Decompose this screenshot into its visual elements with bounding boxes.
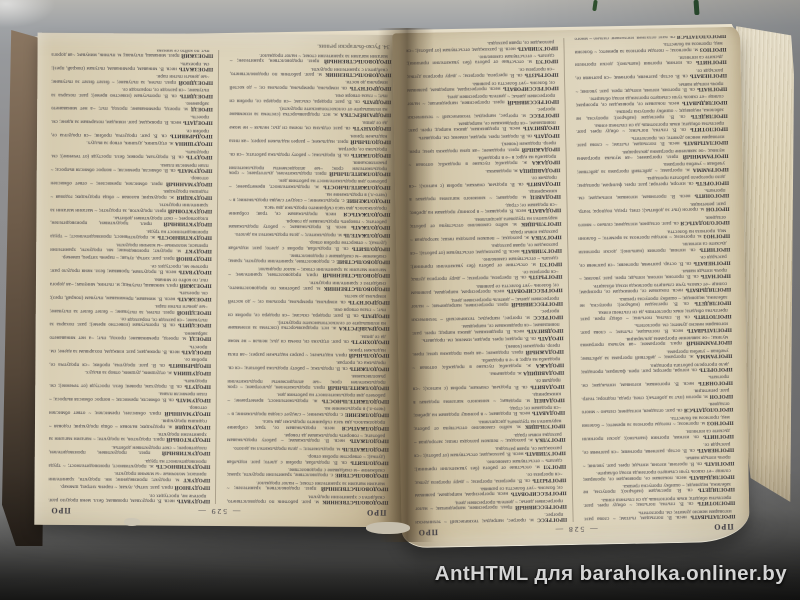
dictionary-headword: ПРОДОЛЖАТЕЛЬ (340, 446, 389, 452)
dictionary-headword: ПРОДРОГНУТЬ (347, 85, 391, 91)
dictionary-headword: ПРОЕДАТЬ (180, 349, 212, 355)
dictionary-headword: ПРОДУКТИВНОСТЬ (153, 464, 210, 470)
dictionary-headword: ПРОДОЛЖАТЕЛЬ (342, 232, 391, 238)
dictionary-entry: ПРОГУЛ м. отсъствие от работа (без уважи… (414, 458, 566, 472)
dictionary-entry: ПРОГРЕСС м. прогрес, напредък; техническ… (411, 308, 563, 322)
dictionary-entry: ПРОДУТЬ св. В. продухам, провея; безл. п… (51, 148, 213, 160)
dictionary-entry: ПРОГРЕССИВНЫЙ прил. прогресивен, напредн… (415, 498, 567, 512)
dictionary-entry: ПРОДОЛЖИТЬ св. В. продължа; ~ работу про… (229, 146, 391, 158)
dictionary-headword: ПРОГУЛЬЩИК (517, 221, 562, 228)
dictionary-entry: ПРОДУТЬ св. В. продухам, провея; безл. п… (49, 377, 211, 389)
text-column: ПРОГЛАТЫВАТЬ несв. В. поглъщам, гълтам; … (574, 35, 735, 522)
dictionary-entry: ПРОЕЗЖАТЬ несв. В. минавам, преминавам, … (51, 60, 213, 72)
dictionary-entry: ПРОДОЛЖАТЬСЯ несв. продължавам се, трая;… (227, 418, 389, 430)
dictionary-entry: ПРОДОВОЛЬСТВЕННЫЙ прил. продоволствен, х… (228, 266, 390, 278)
dictionary-headword: ПРОЕЗЖИЙ (178, 282, 212, 288)
dictionary-headword: ПРОДУТЬ (184, 154, 213, 160)
dictionary-entry: ПРОГНОЗ м. прогноза; ~ погоды прогноза з… (578, 227, 730, 241)
dictionary-headword: ПРОДАВЩИЦА (522, 370, 565, 377)
dictionary-headword: ПРОГЛОТИТЬ (693, 500, 735, 507)
dictionary-entry: ПРОДОЛЖИТЕЛЬНОСТЬ ж. продължителност, вр… (229, 178, 391, 190)
page-text-block: ПРОДОВОЛЬСТВЕННИК м. разг. работник по п… (48, 49, 391, 505)
dictionary-headword: ПРОДУВАТЬ (175, 498, 210, 504)
dictionary-headword: ПРОЕЗДНОЙ (176, 80, 213, 86)
dictionary-headword: ПРОДАВЩИЦА (518, 167, 561, 174)
dictionary-headword: ПРОДАВИТЬ (523, 181, 560, 188)
wall-mark (693, 0, 699, 15)
dictionary-headword: ПРОГУЛЬЩИК (521, 423, 566, 430)
dictionary-headword: ПРОДРАЗВЁРСТКА (338, 112, 391, 118)
dictionary-entry: ПРОДОЛЖЕНИЕ с. продължение; ~ следует сл… (229, 191, 391, 203)
dictionary-entry: ПРОГНАТЬ св. В. прогоня, изгоня, изпъдя;… (579, 267, 731, 281)
dictionary-entry: ПРОДАТЬ св. В. продам; прен. предам, изм… (412, 335, 564, 343)
dictionary-headword: ПРОГОНЯТЬ (694, 380, 733, 387)
dictionary-entry: ПРОДАВАТЬ несв. В. продавам; ~ в розницу… (409, 202, 561, 216)
dictionary-headword: ПРОГУЛИВАТЬ (516, 45, 559, 52)
dictionary-headword: ПРОДОЛЬНЫЙ (348, 139, 391, 145)
dictionary-entry: ПРОГУЛЬЩИК м. който самоволно отсъствува… (409, 215, 561, 229)
text-columns: ПРОГЛАТЫВАТЬ несв. В. поглъщам, гълтам; … (406, 35, 735, 525)
dictionary-headword: ПРОГУЛИВАТЬ (519, 247, 562, 254)
dictionary-headword: ПРОДОЛЖАТЬСЯ (336, 211, 390, 217)
dictionary-headword: ПРОГРЫЗТЬ (522, 72, 558, 79)
dictionary-entry: ПРОГРАММНЫЙ прил. програмен; ~ая музыка … (580, 334, 732, 348)
dictionary-headword: ПРОДОЛЖИТЬ (349, 152, 391, 158)
torn-paper-chip (124, 518, 140, 526)
book-page-right: ПРО — 528 — ПРО ПРОГЛАТЫВАТЬ несв. В. по… (392, 27, 750, 549)
dictionary-entry: ПРОДУМАТЬ св. В. обмисля, премисля; ~ во… (49, 390, 211, 402)
dictionary-entry: ПРОДУМАННЫЙ прил. обмислен, премислен; ~… (49, 404, 211, 416)
dictionary-entry: ПРОГУЛ м. отсъствие от работа (без уважи… (410, 255, 562, 269)
dictionary-headword: ПРОДВИГАТЬ (520, 125, 560, 132)
page-text-block: ПРОГЛАТЫВАТЬ несв. В. поглъщам, гълтам; … (406, 35, 735, 525)
dictionary-entry: ПРОДОЛЖАТЬ несв. В. продължавам; ~ работ… (227, 432, 389, 444)
dictionary-headword: ПРОГОН (708, 393, 733, 399)
dictionary-headword: ПРОДЫРЯВИТЬ (165, 363, 211, 369)
dictionary-headword: ПРОДОВОЛЬСТВЕННИК (319, 499, 389, 505)
dictionary-entry: ПРОГЛАТЫВАТЬ несв. В. поглъщам, гълтам; … (576, 134, 728, 148)
dictionary-headword: ПРОГОЛОДАТЬСЯ (675, 35, 726, 40)
dictionary-entry: ПРОДОВОЛЬСТВИЕ с. продоволствие, храните… (228, 252, 390, 264)
dictionary-headword: ПРОДУМАННЫЙ (163, 181, 213, 187)
dictionary-headword: ПРОГНИТЬ (692, 60, 727, 67)
dictionary-entry: ПРОДОЛЖАТЕЛЬ м. продължител; ~ дела прод… (228, 231, 390, 238)
dictionary-headword: ПРОГНАТЬ (695, 86, 727, 93)
dictionary-headword: ПРОДУКЦИЯ (172, 424, 210, 430)
dictionary-headword: ПРОДОВОЛЬСТВИЕ (333, 473, 389, 479)
dictionary-entry: ПРОЕЗЖИЙ прил. минаващ, пътуващ; м. пътн… (50, 276, 212, 288)
dictionary-headword: ПРОГЛЯДЕТЬ (689, 300, 732, 307)
dictionary-headword: ПРОДРАТЬ (359, 313, 390, 319)
dictionary-entry: ПРОДУВАТЬ несв. В. продухвам, провявам; … (48, 492, 210, 504)
dictionary-entry: ПРОДАВЕЦ м. продавач; ~ книжного магазин… (409, 188, 561, 202)
dictionary-headword: ПРОГЛАТЫВАТЬ (683, 327, 732, 334)
dictionary-headword: ПРОДУКТ (179, 477, 210, 483)
dictionary-headword: ПРОГНОЗ (698, 46, 727, 53)
text-column: ПРОДУВАТЬ несв. В. продухвам, провявам; … (48, 49, 219, 504)
dictionary-entry: ПРОДВИГАТЬ несв. В. придвижвам, движа на… (412, 322, 564, 336)
dictionary-entry: ПРОЕЗЖАТЬ несв. В. минавам, преминавам, … (50, 289, 212, 301)
dictionary-headword: ПРОГЛОТИТЬ (686, 126, 728, 133)
book-page-left: ПРО — 529 — ПРО ПРОДОВОЛЬСТВЕННИК м. раз… (34, 33, 405, 528)
dictionary-entry: ПРОДАТЬ св. В. продам; прен. предам, изм… (408, 133, 560, 141)
dictionary-entry: ПРОДОЛБИТЬ св. В. продълбая, пробия с дл… (228, 239, 390, 251)
dictionary-entry: ПРОЕЗДНОЙ прил. пътен, за пътуване; ~ би… (50, 302, 212, 314)
dictionary-headword: ПРОГЛЯДЕТЬ (692, 487, 735, 494)
dictionary-headword: ПРОДОХНУТЬ (349, 339, 390, 345)
dictionary-entry: ПРОГЛЯДЕТЬ св. В. прегледам (набързо); п… (576, 107, 728, 121)
dictionary-headword: ПРОЕДАТЬ (181, 120, 213, 126)
dictionary-headword: ПРОГОЛОДАТЬСЯ (679, 220, 730, 227)
dictionary-headword: ПРОГЛАТЫВАТЬ (679, 140, 728, 147)
dictionary-entry: ПРОЕЗД м. проезд, преминаване; проход, п… (49, 329, 211, 341)
dictionary-entry: ПРОДОХНУТЬ св. разг. отдъхна си, поема с… (229, 119, 391, 131)
dictionary-headword: ПРОГОНЯТЬ (690, 193, 729, 200)
dictionary-entry: ПРОДУКТОВЫЙ прил. продуктов, за продукти… (50, 201, 212, 213)
dictionary-headword: ПРОДУТЬ (182, 384, 211, 390)
dictionary-headword: ПРОГОРЕТЬ (697, 367, 733, 374)
dictionary-entry: ПРОДУКТИВНОСТЬ ж. продуктивност, произво… (50, 228, 212, 240)
dictionary-headword: ПРОДОЛЖИТЕЛЬНОСТЬ (317, 398, 389, 405)
dictionary-headword: ПРОДОЛБИТЬ (348, 246, 390, 252)
dictionary-entry: ПРОГРАММНЫЙ прил. програмен; ~ая музыка … (577, 147, 729, 161)
dictionary-headword: ПРОЕЗДНОЙ (174, 309, 211, 315)
dictionary-entry: ПРОДУВНОЙ прил. разг. хитър, лукав; ~ па… (50, 255, 212, 262)
dictionary-headword: ПРОГУЛ (540, 463, 566, 470)
dictionary-headword: ПРОДОЛЖАТЬ (345, 438, 389, 444)
dictionary-entry: ПРОЕЗДИТЬ св. В. пропътувам (известно вр… (49, 316, 211, 328)
dictionary-entry: ПРОГУЛКА ж. разходка; ~ пешком разходка … (414, 431, 566, 445)
dictionary-entry: ПРОГУЛ м. отсъствие от работа (без уважи… (406, 52, 558, 66)
dictionary-headword: ПРОГРЕСС (526, 112, 560, 119)
dictionary-entry: ПРОГУЛИВАТЬ несв. В. разхождам; отсъству… (406, 39, 558, 53)
dictionary-entry: ПРОДОВОЛЬСТВЕННЫЙ прил. продоволствен, х… (230, 52, 392, 64)
dictionary-entry: ПРОГОНЯТЬ несв. В. прогонвам, изгонвам, … (581, 374, 733, 388)
dictionary-entry: ПРОДУКТИВНЫЙ прил. продуктивен, производ… (50, 214, 212, 226)
dictionary-headword: ПРОЕЗЖАТЬ (177, 66, 213, 72)
dictionary-headword: ПРОДАЖА (531, 362, 564, 369)
dictionary-entry: ПРОДАВЩИЦА ж. продавачка. (409, 167, 561, 175)
dictionary-headword: ПРОДУМАТЬ (176, 168, 213, 174)
dictionary-entry: ПРОДУМАТЬ св. В. обмисля, премисля; ~ во… (51, 161, 213, 173)
torn-paper-chip (366, 522, 410, 534)
dictionary-headword: ПРОДРОГНУТЬ (346, 299, 390, 305)
dictionary-headword: ПРОДАВЕЦ (530, 397, 565, 404)
dictionary-headword: ПРОГУЛКА (529, 234, 562, 241)
dictionary-headword: ПРОГЛЯДЕТЬ (685, 113, 728, 120)
dictionary-entry: ПРОГРЕССИВНЫЙ прил. прогресивен, напредн… (407, 92, 559, 106)
dictionary-headword: ПРОДОЛЖАТЬСЯ (335, 425, 389, 431)
dictionary-headword: ПРОДОХНУТЬ (350, 126, 391, 132)
dictionary-entry: ПРОГНЕВАТЬ св. В. остар. разгневя, прогн… (582, 441, 734, 455)
running-head: ПРО (713, 522, 733, 531)
dictionary-headword: ПРОДУВНОЙ (175, 256, 212, 262)
dictionary-headword: ПРОДАЖНЫЙ (523, 349, 564, 356)
text-column: ПРОГРЕСС м. прогрес, напредък; техническ… (406, 38, 573, 525)
dictionary-headword: ПРОДАЖНЫЙ (519, 146, 560, 153)
dictionary-entry: ПРОГРЕССИРОВАТЬ несв. прогресирам, напре… (415, 484, 567, 498)
dictionary-headword: ПРОДОВОЛЬСТВЕННЫЙ (316, 486, 388, 493)
dictionary-entry: ПРОДАЖА ж. продажба; пускане в продажба;… (408, 154, 560, 168)
dictionary-entry: ПРОГЛОТИТЬ св. В. глътна, погълна; ~ оби… (583, 494, 735, 508)
running-head-row: ПРО — 529 — ПРО (48, 503, 388, 517)
dictionary-headword: ПРОГРЫЗТЬ (530, 477, 566, 484)
dictionary-headword: ПРОДОВОЛЬСТВИЕ (335, 259, 391, 265)
dictionary-headword: ПРОДОВОЛЬСТВЕННИК (322, 72, 392, 78)
dictionary-entry: ПРОЕЗДНОЙ прил. пътен, за пътуване; ~ би… (51, 73, 213, 85)
dictionary-entry: ПРОГЛЯДЫВАТЬ несв. показвам се, провижда… (576, 94, 728, 108)
wall-mark (592, 0, 597, 11)
dictionary-headword: ПРОДАВАТЬ (530, 410, 565, 417)
dictionary-entry: ПРОДАВЕЦ м. продавач; ~ книжного магазин… (413, 391, 565, 405)
dictionary-headword: ПРОГНАТЬ (698, 273, 730, 280)
dictionary-entry: ПРОЕЗЖИЙ прил. минаващ, пътуващ; м. пътн… (51, 49, 213, 59)
dictionary-headword: ПРОДУКТИВНОСТЬ (155, 234, 212, 240)
dictionary-entry: ПРОДВИГАТЬ несв. В. придвижвам, движа на… (408, 119, 560, 133)
dictionary-entry: ПРОДОЛЬНЫЙ прил. надлъжен; ~ разрез надл… (229, 132, 391, 144)
dictionary-entry: ПРОГОЛОДАТЬСЯ св. разг. огладнея, изглад… (581, 401, 733, 415)
dictionary-entry: ПРОДРАЗВЁРСТКА ж. ист. продразвьорстка (… (228, 319, 390, 331)
dictionary-headword: ПРОДАВЕЦ (526, 194, 561, 201)
dictionary-headword: ПРОДОВОЛЬСТВЕННИК (320, 286, 390, 292)
dictionary-headword: ПРОЕЗД (186, 336, 211, 342)
dictionary-entry: ПРОДУМАННЫЙ прил. обмислен, премислен; ~… (50, 174, 212, 186)
dictionary-entry: ПРОДАВИТЬ св. В. продъня, смачкам, проби… (413, 377, 565, 391)
dictionary-headword: ПРОГОЛОДАТЬСЯ (682, 407, 733, 414)
dictionary-headword: ПРОДРАТЬ (360, 99, 391, 105)
dictionary-entry: ПРОДАЖА ж. продажба; пускане в продажба;… (412, 356, 564, 370)
running-head: ПРО (50, 506, 70, 515)
dictionary-entry: ПРОДУКТИВНЫЙ прил. продуктивен, производ… (49, 444, 211, 456)
dictionary-entry: ПРОДОЛЖИТЕЛЬНЫЙ прил. продължителен, дъл… (229, 159, 391, 177)
dictionary-entry: ПРОГЛАТЫВАТЬ несв. В. поглъщам, гълтам; … (580, 321, 732, 335)
dictionary-headword: ПРОЕЗЖАТЬ (175, 296, 211, 302)
dictionary-entry: ПРОГУЛИВАТЬ несв. В. разхождам; отсъству… (414, 444, 566, 458)
dictionary-entry: ПРОГЛЯДЕТЬ св. В. прегледам (набързо); п… (579, 294, 731, 308)
dictionary-headword: ПРОЕЗД (188, 107, 213, 113)
dictionary-headword: ПРОДОЛЖЕНИЕ (343, 412, 389, 418)
dictionary-entry: ПРОДУВНОЙ прил. разг. хитър, лукав; ~ па… (48, 484, 210, 491)
dictionary-entry: ПРОДОЛБИТЬ св. В. продълбая, пробия с дл… (227, 453, 389, 465)
dictionary-headword: ПРОДУМАННЫЙ (161, 410, 211, 416)
running-head: ПРО (418, 528, 438, 537)
dictionary-headword: ПРОГРЕССИВНЫЙ (512, 504, 567, 511)
dictionary-headword: ПРОГУЛ (536, 261, 562, 268)
dictionary-entry: ПРОЕЗД м. проезд, преминаване; проход, п… (51, 100, 213, 112)
dictionary-headword: ПРОГНОЗ (705, 420, 734, 427)
dictionary-headword: ПРОГУЛИВАТЬ (523, 450, 566, 457)
dictionary-headword: ПРОДВИГАТЬ (524, 328, 564, 335)
dictionary-headword: ПРОГРЕССИВНЫЙ (508, 301, 563, 308)
dictionary-headword: ПРОГЛЯДЫВАТЬ (683, 287, 731, 294)
dictionary-headword: ПРОДОЛЖАТЬ (346, 225, 390, 231)
text-columns: ПРОДОВОЛЬСТВЕННИК м. разг. работник по п… (48, 49, 391, 505)
dictionary-headword: ПРОДОВОЛЬСТВЕННЫЙ (319, 59, 391, 66)
dictionary-entry: ПРОГУЛЬЩИК м. който самоволно отсъствува… (413, 418, 565, 432)
dictionary-headword: ПРОЕЗДИТЬ (175, 323, 211, 329)
running-head: ПРО (366, 508, 386, 517)
dictionary-headword: ПРОДРАЗВЁРСТКА (336, 326, 389, 332)
dictionary-entry: ПРОГРЫЗТЬ св. В. прегриза, прогриза; ~ д… (411, 268, 563, 282)
dictionary-entry: ПРОДОЛЖАТЕЛЬ м. продължител; ~ дела прод… (227, 445, 389, 452)
dictionary-headword: ПРОГНИТЬ (695, 246, 730, 253)
dictionary-headword: ПРОГНИТЬ (699, 433, 734, 440)
dictionary-entry: ПРОДОВОЛЬСТВЕННЫЙ прил. продоволствен, х… (227, 480, 389, 492)
dictionary-headword: ПРОДУКТИВНЫЙ (150, 450, 210, 456)
dictionary-entry: ПРОДЫРЯВИТЬ св. В. разг. продупча, проби… (51, 127, 213, 139)
dictionary-entry: ПРОДРАТЬ св. В. разг. продера, скъсам; ~… (228, 306, 390, 318)
dictionary-entry: ПРОГЛОТИТЬ св. В. глътна, погълна; ~ оби… (580, 307, 732, 321)
dictionary-headword: ПРОГНАТЬ (702, 460, 734, 467)
dictionary-entry: ПРОДУКТ м. продукт; произведение; мн. пр… (50, 241, 212, 253)
dictionary-entry: ПРОГНЕВАТЬ св. В. остар. разгневя, прогн… (575, 67, 727, 81)
dictionary-entry: ПРОГРЫЗТЬ св. В. прегриза, прогриза; ~ д… (407, 66, 559, 80)
dictionary-headword: ПРОГРЕССИРОВАТЬ (500, 85, 559, 92)
dictionary-headword: ПРОДУКТИВНЫЙ (152, 221, 212, 227)
dictionary-entry: ПРОДАВЩИЦА ж. продавачка. (412, 370, 564, 378)
dictionary-entry: ПРОДОЛЖИТЕЛЬНОСТЬ ж. продължителност, вр… (227, 392, 389, 404)
dictionary-entry: ПРОГРЕССИРОВАТЬ несв. прогресирам, напре… (411, 282, 563, 296)
dictionary-headword: ПРОГУЛКА (533, 437, 566, 444)
dictionary-headword: ПРОДУВАТЬ (176, 269, 211, 275)
dictionary-entry: ПРОДОВОЛЬСТВЕННИК м. разг. работник по п… (230, 65, 392, 77)
dictionary-entry: ПРОДОЛЖИТЬ св. В. продължа; ~ работу про… (228, 359, 390, 371)
dictionary-entry: ПРОГОНЯТЬ несв. В. прогонвам, изгонвам, … (577, 187, 729, 201)
dictionary-entry: ПРОГРАММА ж. програма; ~ действий програ… (580, 347, 732, 361)
dictionary-entry: ПРОГРАММА ж. програма; ~ действий програ… (577, 160, 729, 174)
dictionary-headword: ПРОДУВНОЙ (173, 485, 210, 491)
dictionary-headword: ПРОГНЕВАТЬ (695, 447, 734, 454)
dictionary-entry: ПРОЕДАТЬ несв. В. прояждам; разг. изяжда… (51, 113, 213, 125)
dictionary-entry: ПРОГНАТЬ св. В. прогоня, изгоня, изпъдя;… (582, 454, 734, 468)
dictionary-entry: ПРОДОВОЛЬСТВЕННИК м. разг. работник по п… (227, 493, 389, 505)
dictionary-entry: ПРОДЫРЯВИТЬ св. В. разг. продупча, проби… (49, 356, 211, 368)
dictionary-headword: ПРОГЛОТИТЬ (690, 313, 732, 320)
dictionary-headword: ПРОГНЕВАТЬ (691, 260, 730, 267)
dictionary-headword: ПРОДОЛЖИТЕЛЬНОСТЬ (319, 184, 391, 191)
dictionary-entry: ПРОДАЖНЫЙ прил. продажен; ~ая цена прода… (412, 343, 564, 357)
dictionary-entry: ПРОГНОЗ м. прогноза; ~ погоды прогноза з… (574, 40, 726, 54)
dictionary-entry: ПРОГУЛКА ж. разходка; ~ пешком разходка … (410, 228, 562, 242)
dictionary-entry: ПРОДРОГНУТЬ св. измръзна, премръзна, про… (229, 79, 391, 91)
dictionary-headword: ПРОДУКТОВЫЙ (165, 437, 211, 443)
dictionary-entry: ПРОГОЛОДАТЬСЯ св. разг. огладнея, изглад… (578, 214, 730, 228)
dictionary-headword: ПРОДУШИНА (172, 370, 211, 376)
page-number: — 529 — (196, 507, 240, 516)
page-number: — 528 — (554, 525, 598, 535)
dictionary-headword: ПРОГРЕСС (530, 314, 564, 321)
dictionary-headword: ПРОДУКЦИЯ (174, 194, 212, 200)
dictionary-entry: ПРОГРЫЗТЬ св. В. прегриза, прогриза; ~ д… (414, 471, 566, 485)
dictionary-headword: ПРОГЛЯДЫВАТЬ (686, 474, 734, 481)
dictionary-entry: ПРОГОРЕТЬ св. изгоря, прегоря; разг. пре… (577, 174, 729, 188)
dictionary-headword: ПРОДУШИНА (173, 141, 212, 147)
dictionary-entry: ПРОГЛЯДЫВАТЬ несв. показвам се, провижда… (579, 281, 731, 295)
dictionary-headword: ПРОДУКТОВЫЙ (166, 208, 212, 214)
dictionary-headword: ПРОДОЛЬНЫЙ (347, 353, 390, 359)
dictionary-headword: ПРОГРАММА (690, 166, 729, 173)
dictionary-entry: ПРОГРЕССИВНЫЙ прил. прогресивен, напредн… (411, 295, 563, 309)
dictionary-headword: ПРОДОЛЖИТЕЛЬНЫЙ (326, 171, 390, 177)
dictionary-entry: ПРОДОВОЛЬСТВЕННИК м. разг. работник по п… (228, 279, 390, 291)
dictionary-headword: ПРОГОРЕТЬ (693, 180, 729, 187)
dictionary-headword: ПРОЕЗЖИЙ (180, 53, 214, 59)
watermark-text: AntHTML для baraholka.onliner.by (435, 562, 787, 586)
dictionary-headword: ПРОГРЫЗТЬ (526, 274, 562, 281)
dictionary-entry: ПРОГНИТЬ св. изгния, прогния (напълно); … (578, 241, 730, 255)
dictionary-headword: ПРОДАТЬ (532, 133, 560, 140)
dictionary-entry: ПРОДАВАТЬ несв. В. продавам; ~ в розницу… (413, 404, 565, 418)
dictionary-entry: ПРОДОЛЖАТЬСЯ несв. продължавам се, трая;… (229, 205, 391, 217)
dictionary-entry: ПРОГРЕССИРОВАТЬ несв. прогресирам, напре… (407, 79, 559, 93)
dictionary-entry: ПРОГЛЯДЫВАТЬ несв. показвам се, провижда… (583, 468, 735, 482)
dictionary-headword: ПРОДАВИТЬ (527, 383, 564, 390)
dictionary-entry: ПРОДОЛЖАТЬ несв. В. продължавам; ~ работ… (229, 218, 391, 230)
dictionary-entry: ПРОГНАТЬ св. В. прогоня, изгоня, изпъдя;… (575, 80, 727, 94)
dictionary-entry: ПРОГОРЕТЬ св. изгоря, прегоря; разг. пре… (581, 361, 733, 375)
dictionary-headword: ПРОДОЛЖЕНИЕ (345, 198, 391, 204)
dictionary-entry: ПРОГЛОТИТЬ св. В. глътна, погълна; ~ оби… (576, 120, 728, 134)
dictionary-entry: ПРОГНОЗ м. прогноза; ~ погоды прогноза з… (582, 414, 734, 428)
photo-open-dictionary: ПРО — 529 — ПРО ПРОДОВОЛЬСТВЕННИК м. раз… (0, 0, 800, 600)
text-column: ПРОДОВОЛЬСТВЕННИК м. разг. работник по п… (227, 50, 392, 505)
dictionary-headword: ПРОДУМАТЬ (174, 397, 211, 403)
dictionary-headword: ПРОГРАММНЫЙ (682, 340, 732, 347)
dictionary-entry: ПРОГНИТЬ св. изгния, прогния (напълно); … (575, 54, 727, 68)
dictionary-entry: ПРОЕДАТЬ несв. В. прояждам; разг. изяжда… (49, 342, 211, 354)
dictionary-headword: ПРОГРЕССИВНЫЙ (504, 98, 559, 105)
dictionary-entry: ПРОГОН м. прогон (път за добитък); спец.… (578, 201, 730, 215)
dictionary-entry: ПРОДУВАТЬ несв. В. продухвам, провявам; … (50, 262, 212, 274)
dictionary-entry: ПРОДУШИНА ж. отдушник, душник, отвор за … (51, 140, 213, 147)
dictionary-entry: ПРОДРАТЬ св. В. разг. продера, скъсам; ~… (229, 92, 391, 104)
dictionary-headword: ПРОГНОЗ (701, 233, 730, 240)
dictionary-entry: ПРОДОЛЖЕНИЕ с. продължение; ~ следует сл… (227, 405, 389, 417)
dictionary-headword: ПРОГОН (704, 206, 729, 212)
dictionary-headword: ПРОДОЛБИТЬ (347, 460, 389, 466)
dictionary-headword: ПРОГЛЯДЫВАТЬ (679, 100, 727, 107)
dictionary-entry: ПРОГОН м. прогон (път за добитък); спец.… (581, 388, 733, 402)
dictionary-entry: ПРОЕЗДИТЬ св. В. пропътувам (известно вр… (51, 86, 213, 98)
dictionary-entry: ПРОДУКТ м. продукт; произведение; мн. пр… (48, 471, 210, 483)
dictionary-entry: ПРОДУКТОВЫЙ прил. продуктов, за продукти… (49, 430, 211, 442)
dictionary-entry: ПРОГЛЯДЕТЬ св. В. прегледам (набързо); п… (583, 481, 735, 495)
dictionary-headword: ПРОГРАММНЫЙ (678, 153, 728, 160)
dictionary-entry: ПРОДУКЦИЯ ж. продукция; валовая ~ обща п… (49, 417, 211, 429)
dictionary-entry: ПРОГНИТЬ св. изгния, прогния (напълно); … (582, 428, 734, 442)
dictionary-headword: ПРОЕЗДИТЬ (177, 93, 213, 99)
dictionary-entry: ПРОДУШИНА ж. отдушник, душник, отвор за … (49, 369, 211, 376)
dictionary-headword: ПРОГУЛ (532, 58, 558, 65)
dictionary-entry: ПРОДРАЗВЁРСТКА ж. ист. продразвьорстка (… (229, 106, 391, 118)
dictionary-headword: ПРОГРАММА (693, 353, 732, 360)
dictionary-headword: ПРОДОЛЖИТЕЛЬНЫЙ (325, 385, 389, 391)
page-content-upside-down: ПРО — 529 — ПРО ПРОДОВОЛЬСТВЕННИК м. раз… (34, 33, 405, 528)
page-content-upside-down: ПРО — 528 — ПРО ПРОГЛАТЫВАТЬ несв. В. по… (392, 27, 750, 548)
dictionary-headword: ПРОГРЕССИРОВАТЬ (504, 288, 563, 295)
dictionary-headword: ПРОГРЕССИРОВАТЬ (508, 490, 567, 497)
dictionary-entry: ПРОДУКТИВНОСТЬ ж. продуктивност, произво… (49, 457, 211, 469)
dictionary-entry: ПРОГНЕВАТЬ св. В. остар. разгневя, прогн… (579, 254, 731, 268)
dictionary-entry: ПРОГРЕСС м. прогрес, напредък; техническ… (407, 106, 559, 120)
dictionary-entry: ПРОДРОГНУТЬ св. измръзна, премръзна, про… (228, 293, 390, 305)
dictionary-entry: ПРОДАЖНЫЙ прил. продажен; ~ая цена прода… (408, 140, 560, 154)
dictionary-entry: ПРОДОХНУТЬ св. разг. отдъхна си, поема с… (228, 333, 390, 345)
dictionary-entry: ПРОДОВОЛЬСТВИЕ с. продоволствие, храните… (227, 466, 389, 478)
dictionary-headword: ПРОДАТЬ (536, 335, 564, 342)
dictionary-entry: ПРОДУКЦИЯ ж. продукция; валовая ~ обща п… (50, 188, 212, 200)
dictionary-headword: ПРОДАВАТЬ (526, 207, 561, 214)
